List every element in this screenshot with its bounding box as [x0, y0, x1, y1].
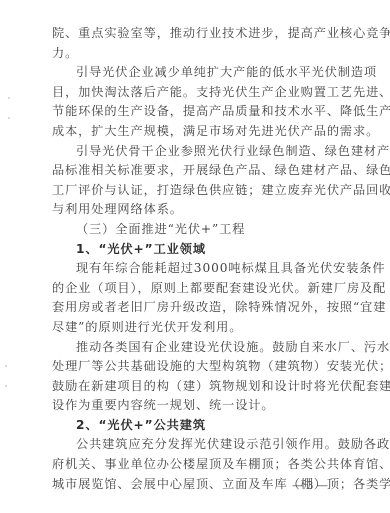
scan-speck — [8, 97, 10, 99]
paragraph-first-line: 引导光伏骨干企业参照光伏行业绿色制造、绿色建材产 — [52, 142, 340, 162]
scan-speck — [8, 117, 10, 119]
section-heading: （三）全面推进“光伏+”工程 — [52, 220, 340, 240]
text-line: 目，加快淘汰落后产能。支持光伏生产企业购置工艺先进、 — [52, 83, 340, 103]
text-line: 设作为重要内容统一规划、统一设计。 — [52, 396, 340, 416]
text-line: 节能环保的生产设备，提高产品质量和技术水平、降低生产 — [52, 102, 340, 122]
scan-speck — [5, 365, 7, 367]
text-line: 尽建”的原则进行光伏开发利用。 — [52, 318, 340, 338]
text-line: 院、重点实验室等，推动行业技术进步，提高产业核心竞争 — [52, 24, 340, 44]
paragraph-first-line: 引导光伏企业减少单纯扩大产能的低水平光伏制造项 — [52, 63, 340, 83]
scan-speck — [5, 385, 7, 387]
paragraph-first-line: 推动各类国有企业建设光伏设施。鼓励自来水厂、污水 — [52, 338, 340, 358]
text-line: 工厂评价与认证，打造绿色供应链；建立废弃光伏产品回收 — [52, 181, 340, 201]
text-line: 品标准相关标准要求，开展绿色产品、绿色建材产品、绿色 — [52, 161, 340, 181]
text-line: 与利用处理网络体系。 — [52, 200, 340, 220]
text-line: 套用房或者老旧厂房升级改造，除特殊情况外，按照“宜建 — [52, 298, 340, 318]
text-line: 成本，扩大生产规模，满足市场对先进光伏产品的需求。 — [52, 122, 340, 142]
text-line: 处理厂等公共基础设施的大型构筑物（建筑物）安装光伏； — [52, 357, 340, 377]
text-line: 的企业（项目），原则上都要配套建设光伏。新建厂房及配 — [52, 279, 340, 299]
document-page: 院、重点实验室等，推动行业技术进步，提高产业核心竞争 力。 引导光伏企业减少单纯… — [52, 24, 340, 494]
text-line: 力。 — [52, 44, 340, 64]
subsection-heading: 1、“光伏+”工业领域 — [52, 240, 340, 260]
text-line: 府机关、事业单位办公楼屋顶及车棚顶；各类公共体育馆、 — [52, 455, 340, 475]
paragraph-first-line: 现有年综合能耗超过3000吨标煤且具备光伏安装条件 — [52, 259, 340, 279]
paragraph-first-line: 公共建筑应充分发挥光伏建设示范引领作用。鼓励各政 — [52, 435, 340, 455]
page-number: — 3 — — [292, 479, 328, 492]
text-line: 鼓励在新建项目的构（建）筑物规划和设计时将光伏配套建 — [52, 377, 340, 397]
subsection-heading: 2、“光伏+”公共建筑 — [52, 416, 340, 436]
